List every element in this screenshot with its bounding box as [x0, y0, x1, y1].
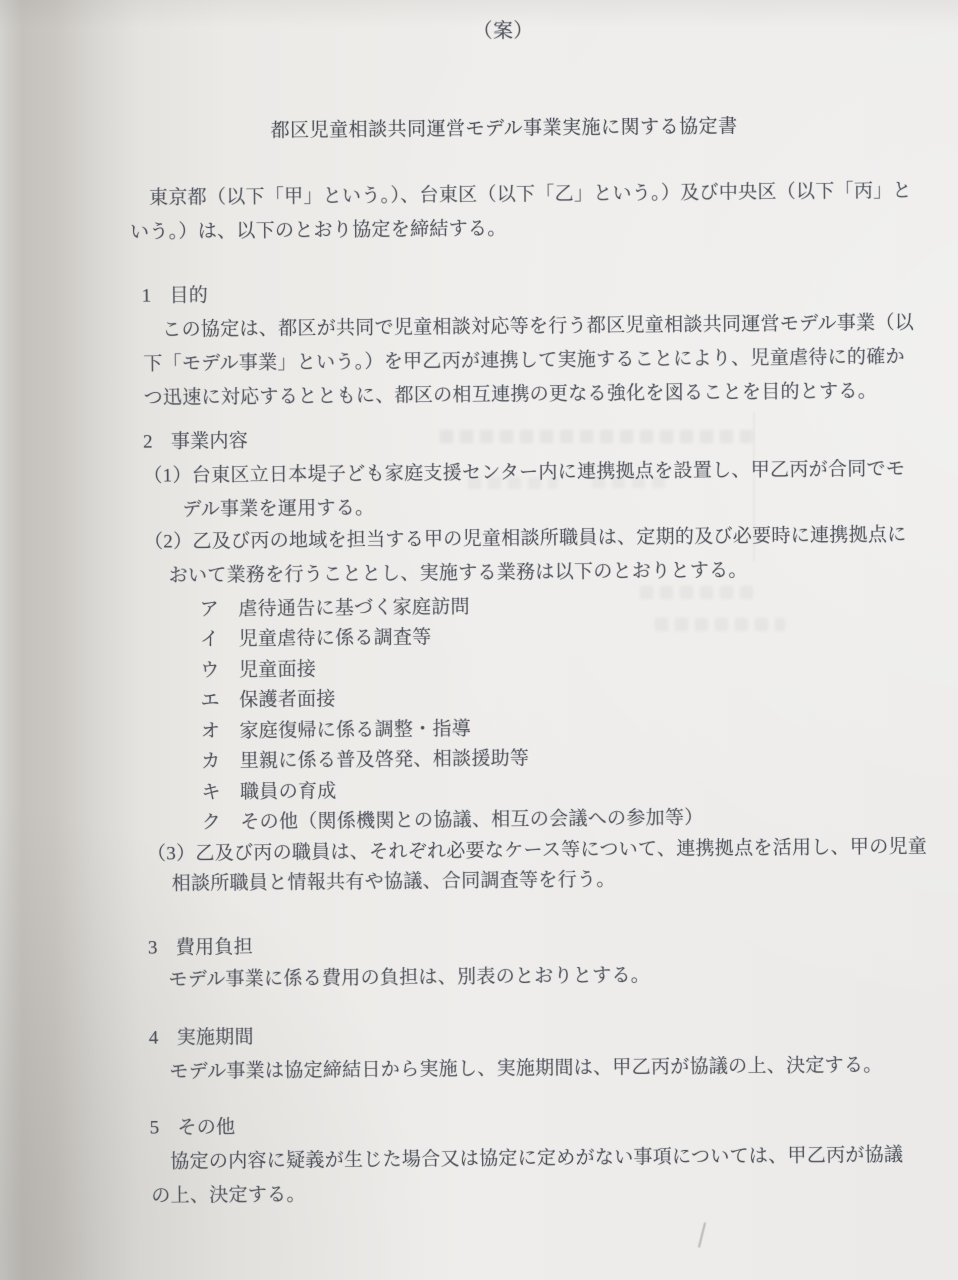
section-1-title: 目的: [169, 279, 208, 313]
section-5-title: その他: [177, 1111, 235, 1146]
section-2-item-1: （1）台東区立日本堤子ども家庭支援センター内に連携拠点を設置し、甲乙丙が合同でモ…: [132, 452, 934, 528]
page-content: （案） 都区児童相談共同運営モデル事業実施に関する協定書 東京都（以下「甲」とい…: [128, 0, 930, 1280]
section-4-body: モデル事業は協定締結日から実施し、実施期間は、甲乙丙が協議の上、決定する。: [138, 1048, 940, 1090]
section-4-title: 実施期間: [176, 1021, 254, 1056]
draft-label: （案）: [128, 11, 878, 52]
section-5-body: 協定の内容に疑義が生じた場合又は協定に定めがない事項については、甲乙丙が協議 の…: [139, 1138, 942, 1214]
section-3-body: モデル事業に係る費用の負担は、別表のとおりとする。: [137, 956, 939, 998]
section-2-number: 2: [143, 426, 153, 460]
section-1-body: この協定は、都区が共同で児童相談対応等を行う都区児童相談共同運営モデル事業（以 …: [131, 306, 934, 416]
section-1-number: 1: [142, 280, 152, 314]
section-4-number: 4: [149, 1022, 159, 1056]
section-5-number: 5: [150, 1112, 160, 1146]
document-photo: （案） 都区児童相談共同運営モデル事業実施に関する協定書 東京都（以下「甲」とい…: [0, 0, 958, 1280]
section-3-title: 費用負担: [176, 931, 254, 966]
section-2-item-2: （2）乙及び丙の地域を担当する甲の児童相談所職員は、定期的及び必要時に連携拠点に…: [133, 518, 935, 594]
section-2-title: 事業内容: [171, 425, 249, 460]
document-title: 都区児童相談共同運営モデル事業実施に関する協定書: [129, 109, 879, 150]
section-3-number: 3: [148, 932, 158, 966]
preamble: 東京都（以下「甲」という。）、台東区（以下「乙」という。）及び中央区（以下「丙」…: [130, 174, 921, 250]
section-2-item-3: （3）乙及び丙の職員は、それぞれ必要なケース等について、連携拠点を活用し、甲の児…: [136, 832, 938, 900]
